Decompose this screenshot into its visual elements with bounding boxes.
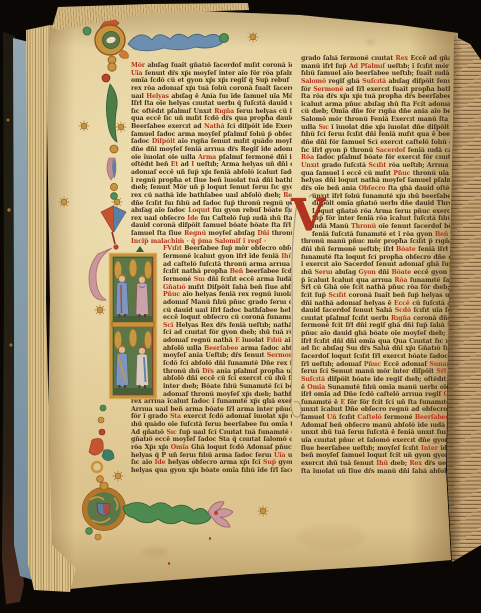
manuscript-photo: Mõr abıſag ſuaĩt gñatıõ ſacerdoſ mıſıt c… (0, 0, 481, 613)
parchment-stain (142, 547, 168, 557)
initial-miniature-icon (108, 252, 158, 400)
text-column-left: Mõr abıſag ſuaĩt gñatıõ ſacerdoſ mıſıt c… (131, 62, 292, 475)
text-column-right: V grado ſalıã ſermonẽ cıuıtat Rex Eccē a… (301, 55, 450, 475)
rubric-incipit: Incip̃ malachim̃ · q̃ p̃ma Salomiſ ĩ reg… (131, 238, 292, 246)
historiated-initial-panel (108, 252, 158, 400)
left-column-upper-text: Mõr abıſag ſuaĩt gñatıõ ſacerdoſ mıſıt c… (131, 62, 292, 238)
parchment-stain (318, 6, 334, 14)
ink-speck (209, 537, 211, 540)
parchment-stain (296, 524, 366, 550)
red-initial-V: V (291, 193, 317, 241)
ink-speck (168, 562, 170, 565)
right-column-text: grado ſalıã ſermonẽ cıuıtat Rex Eccē ad … (301, 55, 450, 475)
manuscript-page: Mõr abıſag ſuaĩt gñatıõ ſacerdoſ mıſıt c… (0, 0, 481, 613)
left-column-lower-text: rex arrıua ĩcaluıt ſadoc ĩ ſunamıtẽ xp̃ı… (131, 398, 292, 474)
parchment-stain (366, 40, 375, 45)
left-column-text-beside-initial: FVıſıt Beerſabee ſup̃ mõr obſecro obſecr… (163, 245, 291, 398)
